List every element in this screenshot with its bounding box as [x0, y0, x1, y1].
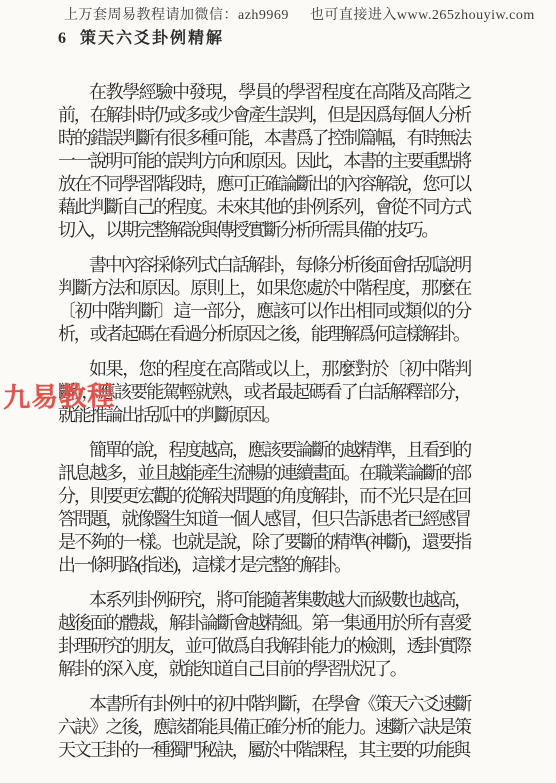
promo-header: 上万套周易教程请加微信：azh9969 也可直接进入www.265zhouyiw…	[64, 4, 550, 24]
body-paragraph: 書中內容採條列式白話解卦，每條分析後面會括弧說明判斷方法和原因。原則上，如果您處…	[58, 254, 470, 346]
book-title: 策天六爻卦例精解	[80, 25, 224, 48]
body-paragraph: 在教學經驗中發現，學員的學習程度在高階及高階之前，在解卦時仍或多或少會產生誤判，…	[58, 81, 470, 242]
body-text: 在教學經驗中發現，學員的學習程度在高階及高階之前，在解卦時仍或多或少會產生誤判，…	[58, 81, 470, 774]
body-paragraph: 簡單的說，程度越高，應該要論斷的越精準，且看到的訊息越多，並且越能產生流暢的連續…	[58, 439, 470, 577]
running-head: 6 策天六爻卦例精解	[58, 25, 224, 48]
promo-site-text: 也可直接进入www.265zhouyiw.com	[310, 4, 535, 24]
body-paragraph: 本書所有卦例中的初中階判斷，在學會《策天六爻速斷六訣》之後，應該都能具備正確分析…	[58, 693, 470, 762]
body-paragraph: 如果，您的程度在高階或以上，那麼對於〔初中階判斷〕，應該要能駕輕就熟，或者最起碼…	[58, 358, 470, 427]
scanned-book-page: 上万套周易教程请加微信：azh9969 也可直接进入www.265zhouyiw…	[0, 0, 556, 783]
watermark: 九易教程	[3, 374, 116, 415]
page-number: 6	[58, 30, 66, 48]
promo-contact-text: 上万套周易教程请加微信：azh9969	[64, 4, 289, 24]
body-paragraph: 本系列卦例研究，將可能隨著集數越大而級數也越高，越後面的體裁，解卦論斷會越精細。…	[58, 589, 470, 681]
